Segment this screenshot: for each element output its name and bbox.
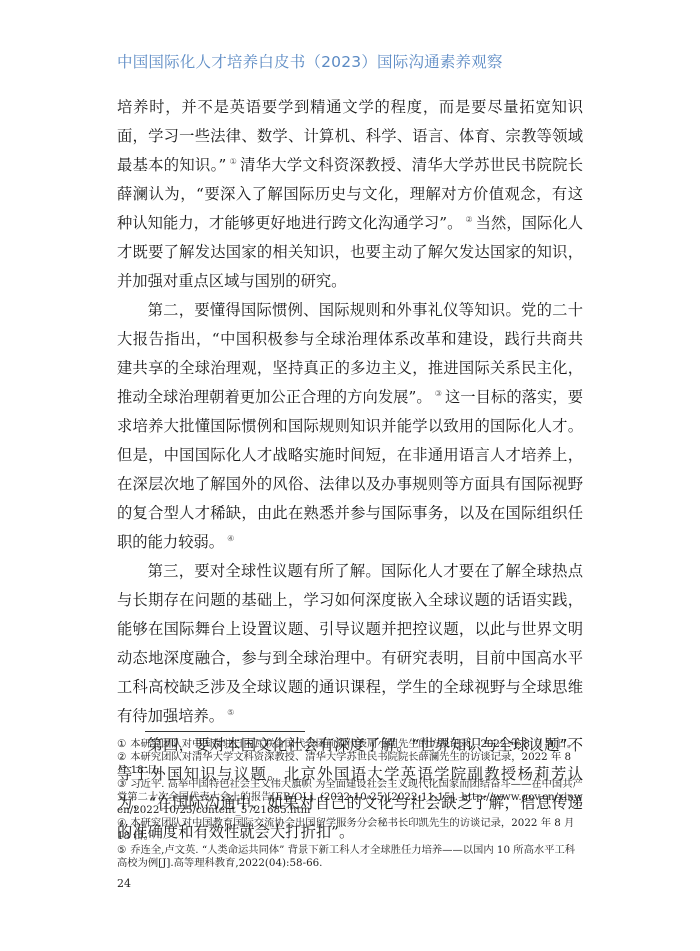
- footnote-ref-1[interactable]: ①: [229, 157, 237, 166]
- footnote-ref-5[interactable]: ⑤: [227, 708, 234, 717]
- footnote-number: ③: [117, 778, 126, 790]
- footnote-number: ①: [117, 738, 126, 750]
- footnote-5: ⑤乔连全,卢文英. “人类命运共同体” 背景下新工科人才全球胜任力培养——以国内…: [117, 844, 583, 870]
- footnote-number: ⑤: [117, 844, 126, 856]
- footnote-1: ①本研究团队对中国常驻日内瓦联合国代表团前副代表周小明先生的访谈记录，2022 …: [117, 738, 583, 751]
- running-header: 中国国际化人才培养白皮书（2023）国际沟通素养观察: [117, 50, 503, 72]
- footnote-2: ②本研究团队对清华大学文科资深教授、清华大学苏世民书院院长薛澜先生的访谈记录，2…: [117, 751, 583, 777]
- footnote-number: ④: [117, 817, 126, 829]
- footnote-text: 本研究团队对中国教育国际交流协会出国留学服务分会秘书长印凯先生的访谈记录，202…: [117, 817, 574, 842]
- footnote-number: ②: [117, 751, 126, 763]
- footnote-text: 本研究团队对中国常驻日内瓦联合国代表团前副代表周小明先生的访谈记录，2022 年…: [130, 738, 577, 750]
- page-number: 24: [117, 877, 131, 890]
- footnote-ref-3[interactable]: ③: [435, 389, 442, 398]
- footnotes: ①本研究团队对中国常驻日内瓦联合国代表团前副代表周小明先生的访谈记录，2022 …: [117, 738, 583, 870]
- paragraph: 第二，要懂得国际惯例、国际规则和外事礼仪等知识。党的二十大报告指出，“中国积极参…: [117, 296, 583, 557]
- paragraph-text: 这一目标的落实，要求培养大批懂国际惯例和国际规则知识并能学以致用的国际化人才。但…: [117, 388, 583, 551]
- footnote-text: 习近平. 高举中国特色社会主义伟大旗帜 为全面建设社会主义现代化国家而团结奋斗—…: [117, 778, 583, 816]
- paragraph: 第三，要对全球性议题有所了解。国际化人才要在了解全球热点与长期存在问题的基础上，…: [117, 557, 583, 731]
- footnote-3: ③习近平. 高举中国特色社会主义伟大旗帜 为全面建设社会主义现代化国家而团结奋斗…: [117, 778, 583, 818]
- footnote-text: 乔连全,卢文英. “人类命运共同体” 背景下新工科人才全球胜任力培养——以国内 …: [117, 844, 575, 869]
- body-text: 培养时，并不是英语要学到精通文学的程度，而是要尽量拓宽知识面，学习一些法律、数学…: [117, 93, 583, 847]
- footnote-ref-4[interactable]: ④: [227, 534, 234, 543]
- paragraph: 培养时，并不是英语要学到精通文学的程度，而是要尽量拓宽知识面，学习一些法律、数学…: [117, 93, 583, 296]
- paragraph-text: 第三，要对全球性议题有所了解。国际化人才要在了解全球热点与长期存在问题的基础上，…: [117, 562, 583, 725]
- footnote-divider: [145, 731, 305, 732]
- document-page: 中国国际化人才培养白皮书（2023）国际沟通素养观察 培养时，并不是英语要学到精…: [0, 0, 700, 951]
- footnote-text: 本研究团队对清华大学文科资深教授、清华大学苏世民书院院长薛澜先生的访谈记录，20…: [117, 751, 571, 776]
- footnote-ref-2[interactable]: ②: [465, 215, 472, 224]
- footnote-4: ④本研究团队对中国教育国际交流协会出国留学服务分会秘书长印凯先生的访谈记录，20…: [117, 817, 583, 843]
